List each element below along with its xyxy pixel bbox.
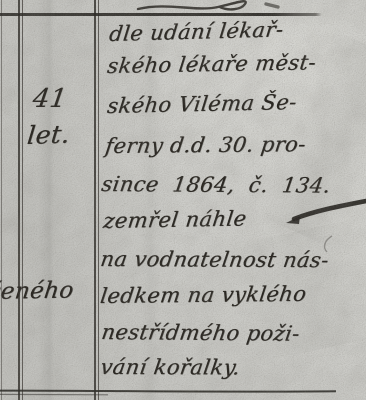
ink-arrow-mark xyxy=(286,201,366,224)
paper-crease xyxy=(38,0,64,400)
column-divider-age-left xyxy=(18,0,20,400)
handwriting-line: na vodnatelnost nás- xyxy=(99,249,330,271)
handwriting-line: ledkem na vyklého xyxy=(99,284,308,307)
column-divider-left-edge xyxy=(1,0,2,400)
handwriting-line: zemřel náhle xyxy=(102,209,248,232)
handwriting-line: ferny d.d. 30. pro- xyxy=(104,134,307,157)
age-years: 41 xyxy=(31,86,69,112)
handwriting-line: since 1864, č. 134. xyxy=(100,174,332,197)
ink-smudge xyxy=(266,4,278,7)
column-divider-main-left xyxy=(94,0,96,400)
row-divider-bottom xyxy=(0,391,336,395)
margin-word-fragment: čeného xyxy=(0,280,75,304)
column-divider-age-left-double xyxy=(22,0,24,400)
handwriting-line: dle udání lékař- xyxy=(108,19,285,45)
signature-flourish xyxy=(138,1,278,9)
row-divider-top xyxy=(0,13,322,16)
register-page-scan: 41 let. čeného dle udání lékař- ského lé… xyxy=(0,0,366,400)
handwriting-line: ského Viléma Še- xyxy=(106,92,298,117)
handwriting-line: vání kořalky. xyxy=(99,357,242,378)
column-divider-main-left-double xyxy=(98,0,100,400)
handwriting-line: nestřídmého poži- xyxy=(100,322,301,345)
age-unit: let. xyxy=(26,122,71,148)
handwriting-line: ského lékaře měst- xyxy=(106,52,317,77)
